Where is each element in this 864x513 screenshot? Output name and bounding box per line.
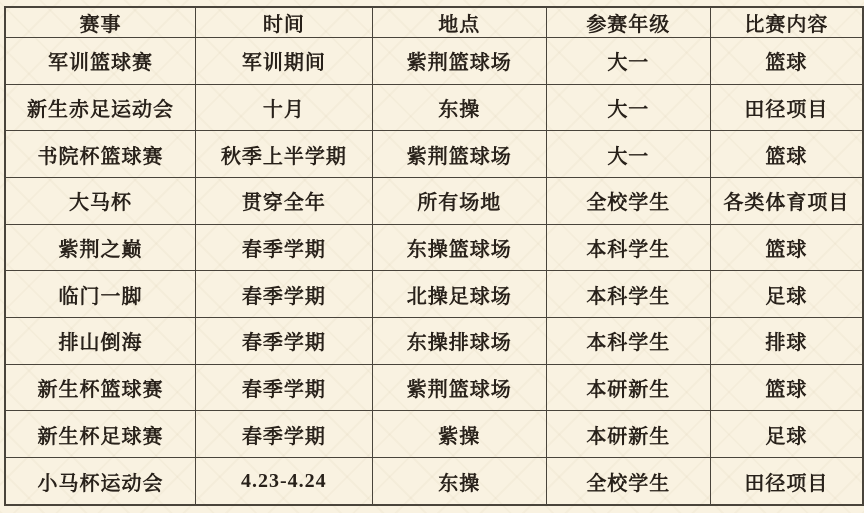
table-cell: 全校学生 (546, 178, 710, 225)
table-cell: 大马杯 (5, 178, 195, 225)
table-row: 军训篮球赛军训期间紫荆篮球场大一篮球 (5, 38, 863, 85)
table-row: 书院杯篮球赛秋季上半学期紫荆篮球场大一篮球 (5, 131, 863, 178)
table-cell: 秋季上半学期 (195, 131, 372, 178)
header-event: 赛事 (5, 7, 195, 38)
table-cell: 大一 (546, 131, 710, 178)
table-cell: 田径项目 (710, 458, 863, 505)
table-cell: 各类体育项目 (710, 178, 863, 225)
table-cell: 军训篮球赛 (5, 38, 195, 85)
table-cell: 紫荆篮球场 (372, 38, 546, 85)
table-cell: 足球 (710, 411, 863, 458)
table-cell: 春季学期 (195, 318, 372, 365)
table-row: 排山倒海春季学期东操排球场本科学生排球 (5, 318, 863, 365)
table-cell: 东操排球场 (372, 318, 546, 365)
table-header-row: 赛事 时间 地点 参赛年级 比赛内容 (5, 7, 863, 38)
table-cell: 春季学期 (195, 224, 372, 271)
table-cell: 所有场地 (372, 178, 546, 225)
table-cell: 军训期间 (195, 38, 372, 85)
table-row: 大马杯贯穿全年所有场地全校学生各类体育项目 (5, 178, 863, 225)
table-cell: 春季学期 (195, 411, 372, 458)
table-cell: 春季学期 (195, 364, 372, 411)
table-body: 军训篮球赛军训期间紫荆篮球场大一篮球新生赤足运动会十月东操大一田径项目书院杯篮球… (5, 38, 863, 506)
table-cell: 临门一脚 (5, 271, 195, 318)
table-row: 新生赤足运动会十月东操大一田径项目 (5, 84, 863, 131)
table-cell: 4.23-4.24 (195, 458, 372, 505)
table-cell: 本科学生 (546, 271, 710, 318)
table-cell: 排山倒海 (5, 318, 195, 365)
competitions-table-container: 赛事 时间 地点 参赛年级 比赛内容 军训篮球赛军训期间紫荆篮球场大一篮球新生赤… (4, 6, 864, 506)
table-cell: 本科学生 (546, 224, 710, 271)
header-grade: 参赛年级 (546, 7, 710, 38)
table-row: 赛事 时间 地点 参赛年级 比赛内容 (5, 7, 863, 38)
table-cell: 紫荆篮球场 (372, 131, 546, 178)
table-cell: 新生赤足运动会 (5, 84, 195, 131)
table-cell: 新生杯篮球赛 (5, 364, 195, 411)
header-time: 时间 (195, 7, 372, 38)
table-cell: 东操 (372, 458, 546, 505)
header-location: 地点 (372, 7, 546, 38)
table-cell: 新生杯足球赛 (5, 411, 195, 458)
table-cell: 春季学期 (195, 271, 372, 318)
table-row: 临门一脚春季学期北操足球场本科学生足球 (5, 271, 863, 318)
table-row: 小马杯运动会4.23-4.24东操全校学生田径项目 (5, 458, 863, 505)
table-row: 新生杯足球赛春季学期紫操本研新生足球 (5, 411, 863, 458)
table-cell: 田径项目 (710, 84, 863, 131)
table-cell: 篮球 (710, 224, 863, 271)
table-cell: 小马杯运动会 (5, 458, 195, 505)
table-cell: 本研新生 (546, 364, 710, 411)
table-cell: 紫操 (372, 411, 546, 458)
table-cell: 紫荆篮球场 (372, 364, 546, 411)
table-cell: 大一 (546, 84, 710, 131)
header-content: 比赛内容 (710, 7, 863, 38)
table-cell: 篮球 (710, 38, 863, 85)
table-cell: 东操篮球场 (372, 224, 546, 271)
table-cell: 全校学生 (546, 458, 710, 505)
table-cell: 足球 (710, 271, 863, 318)
table-cell: 大一 (546, 38, 710, 85)
table-cell: 书院杯篮球赛 (5, 131, 195, 178)
table-cell: 贯穿全年 (195, 178, 372, 225)
table-cell: 北操足球场 (372, 271, 546, 318)
competitions-table: 赛事 时间 地点 参赛年级 比赛内容 军训篮球赛军训期间紫荆篮球场大一篮球新生赤… (4, 6, 864, 506)
table-cell: 十月 (195, 84, 372, 131)
table-cell: 本研新生 (546, 411, 710, 458)
table-cell: 本科学生 (546, 318, 710, 365)
table-cell: 篮球 (710, 364, 863, 411)
table-row: 新生杯篮球赛春季学期紫荆篮球场本研新生篮球 (5, 364, 863, 411)
table-cell: 篮球 (710, 131, 863, 178)
table-cell: 东操 (372, 84, 546, 131)
table-cell: 紫荆之巅 (5, 224, 195, 271)
table-row: 紫荆之巅春季学期东操篮球场本科学生篮球 (5, 224, 863, 271)
table-cell: 排球 (710, 318, 863, 365)
